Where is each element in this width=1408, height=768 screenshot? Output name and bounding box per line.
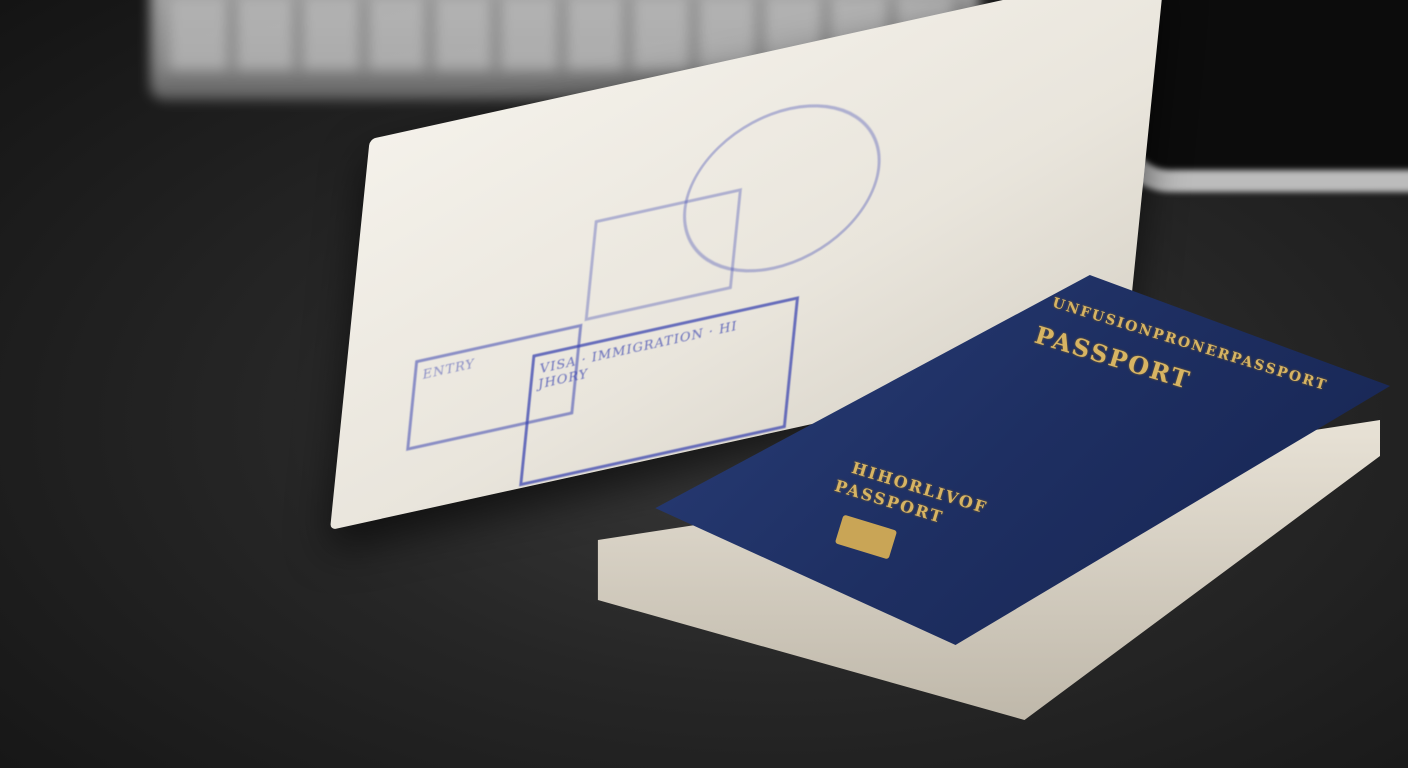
visa-stamp [585,188,742,321]
photo-scene: ENTRY VISA · IMMIGRATION · HI JHORY UNFU… [0,0,1408,768]
